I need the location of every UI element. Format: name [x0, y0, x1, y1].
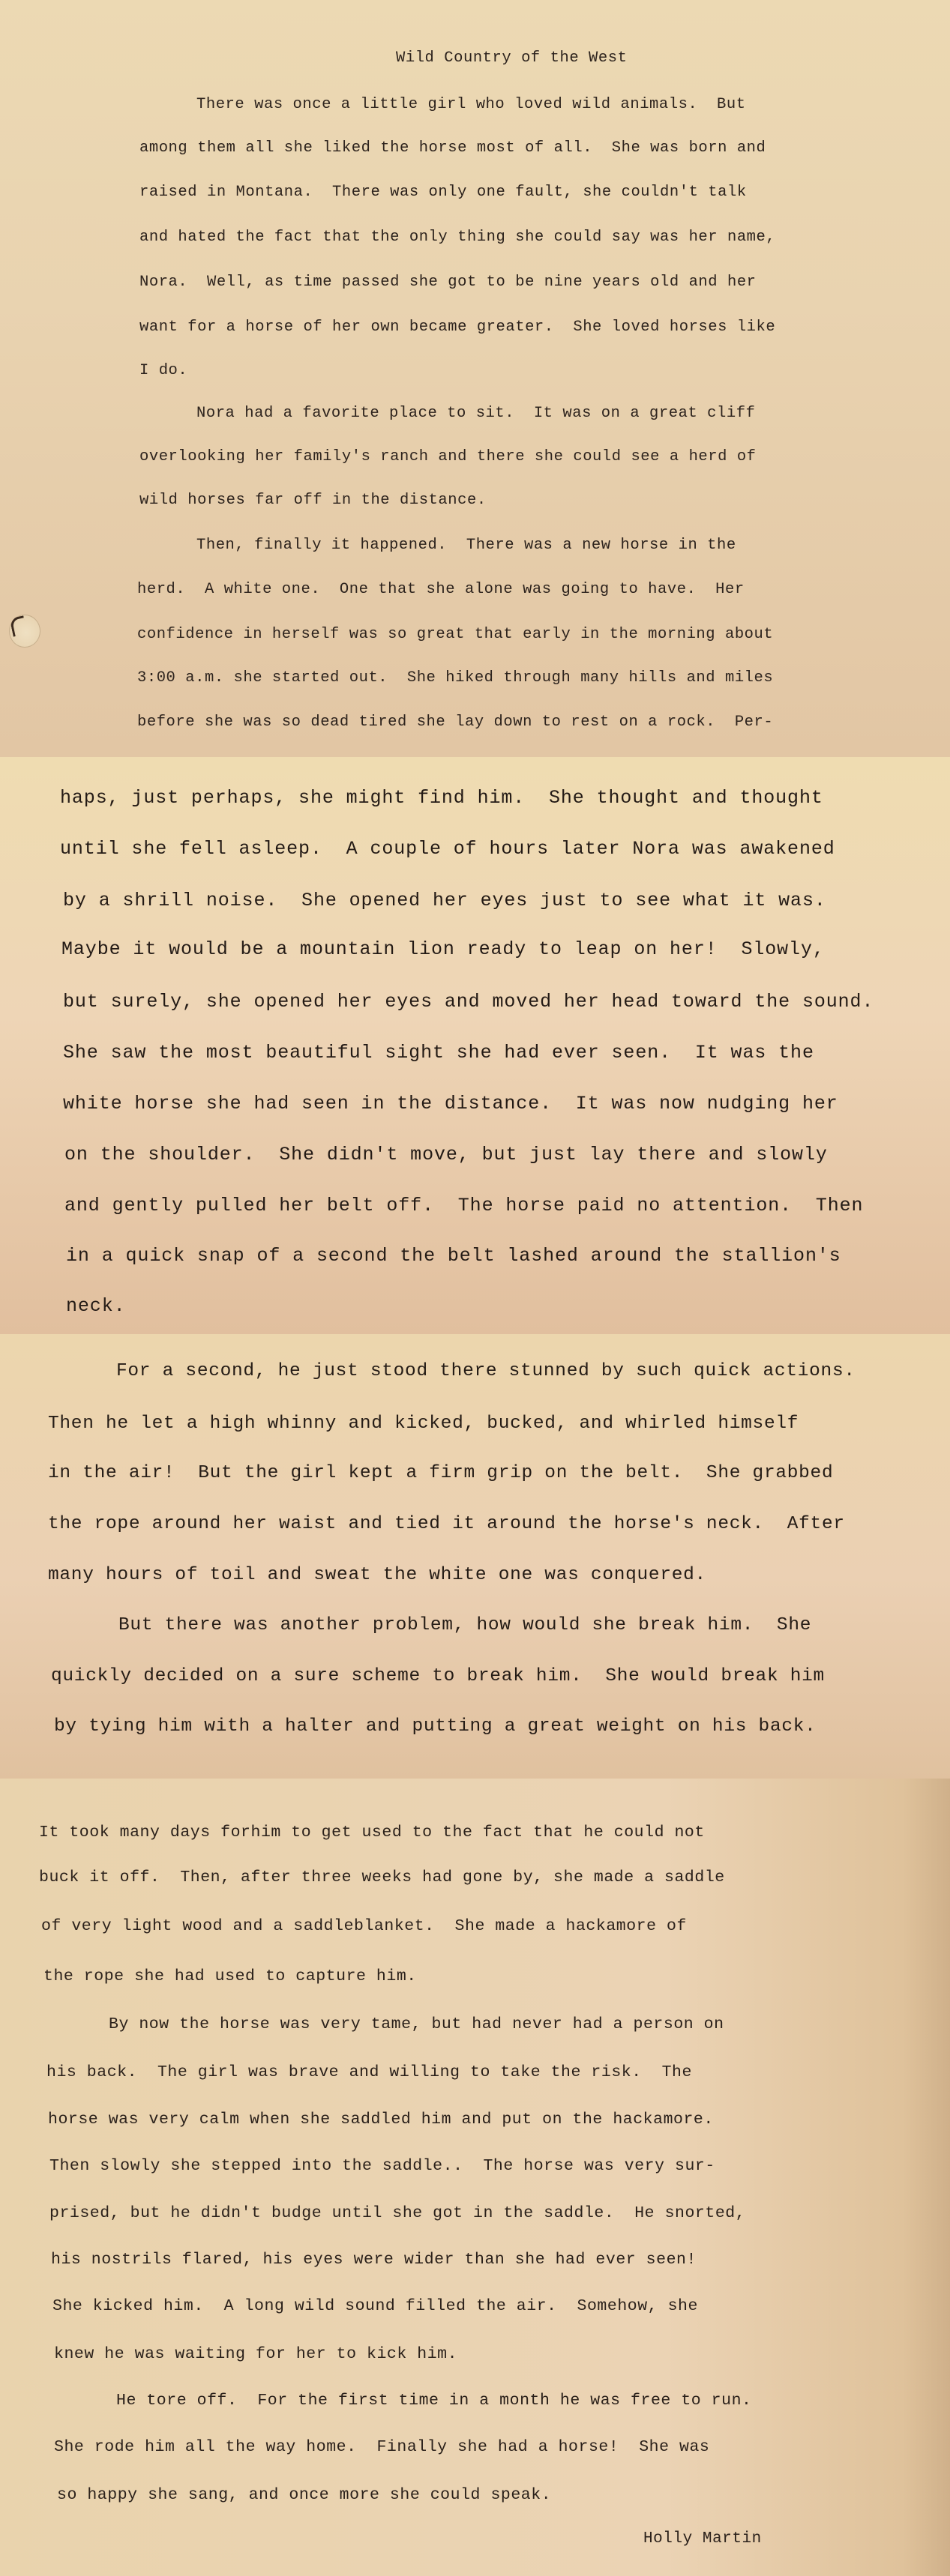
text-line: Nora had a favorite place to sit. It was… — [196, 405, 755, 422]
text-line: By now the horse was very tame, but had … — [109, 2015, 724, 2033]
page-section-1: Wild Country of the West There was once … — [0, 0, 950, 757]
text-line: wild horses far off in the distance. — [139, 492, 487, 509]
text-line: Then he let a high whinny and kicked, bu… — [48, 1414, 799, 1434]
text-line: confidence in herself was so great that … — [137, 626, 773, 643]
text-line: haps, just perhaps, she might find him. … — [60, 787, 823, 809]
text-line: horse was very calm when she saddled him… — [48, 2111, 714, 2129]
text-line: his nostrils flared, his eyes were wider… — [51, 2251, 697, 2269]
text-line: the rope she had used to capture him. — [43, 1967, 417, 1985]
text-line: raised in Montana. There was only one fa… — [139, 184, 747, 201]
text-line: by tying him with a halter and putting a… — [54, 1716, 817, 1737]
text-line: and hated the fact that the only thing s… — [139, 229, 775, 246]
text-line: before she was so dead tired she lay dow… — [137, 714, 773, 731]
text-line: Then slowly she stepped into the saddle.… — [49, 2157, 715, 2175]
text-line: 3:00 a.m. she started out. She hiked thr… — [137, 669, 773, 687]
text-line: There was once a little girl who loved w… — [196, 96, 746, 113]
document-title: Wild Country of the West — [396, 49, 627, 67]
text-line: Then, finally it happened. There was a n… — [196, 537, 736, 554]
text-line: She saw the most beautiful sight she had… — [63, 1042, 814, 1064]
text-line: in the air! But the girl kept a firm gri… — [48, 1463, 833, 1483]
text-line: herd. A white one. One that she alone wa… — [137, 581, 745, 598]
text-line: until she fell asleep. A couple of hours… — [60, 838, 835, 860]
text-line: the rope around her waist and tied it ar… — [48, 1514, 845, 1534]
text-line: and gently pulled her belt off. The hors… — [64, 1195, 863, 1216]
text-line: many hours of toil and sweat the white o… — [48, 1565, 706, 1585]
text-line: of very light wood and a saddleblanket. … — [41, 1917, 687, 1935]
text-line: so happy she sang, and once more she cou… — [57, 2486, 551, 2504]
text-line: white horse she had seen in the distance… — [63, 1093, 838, 1114]
text-line: For a second, he just stood there stunne… — [116, 1361, 856, 1381]
text-line: But there was another problem, how would… — [118, 1615, 811, 1635]
text-line: She rode him all the way home. Finally s… — [54, 2438, 709, 2456]
text-line: buck it off. Then, after three weeks had… — [39, 1868, 725, 1886]
punch-hole-mark — [9, 615, 40, 648]
text-line: on the shoulder. She didn't move, but ju… — [64, 1144, 828, 1165]
page-section-3: For a second, he just stood there stunne… — [0, 1334, 950, 1779]
text-line: by a shrill noise. She opened her eyes j… — [63, 890, 826, 911]
text-line: Maybe it would be a mountain lion ready … — [61, 938, 825, 960]
text-line: He tore off. For the first time in a mon… — [116, 2392, 751, 2410]
page-section-4: It took many days forhim to get used to … — [0, 1779, 950, 2576]
text-line: neck. — [66, 1295, 126, 1317]
text-line: It took many days forhim to get used to … — [39, 1824, 705, 1841]
text-line: his back. The girl was brave and willing… — [46, 2063, 692, 2081]
text-line: in a quick snap of a second the belt las… — [66, 1245, 841, 1267]
text-line: among them all she liked the horse most … — [139, 139, 766, 157]
text-line: but surely, she opened her eyes and move… — [63, 991, 874, 1013]
page-section-2: haps, just perhaps, she might find him. … — [0, 757, 950, 1334]
text-line: knew he was waiting for her to kick him. — [54, 2345, 457, 2363]
text-line: Nora. Well, as time passed she got to be… — [139, 274, 757, 291]
text-line: She kicked him. A long wild sound filled… — [52, 2297, 698, 2315]
text-line: prised, but he didn't budge until she go… — [49, 2204, 745, 2222]
text-line: I do. — [139, 362, 187, 379]
text-line: want for a horse of her own became great… — [139, 319, 775, 336]
text-line: quickly decided on a sure scheme to brea… — [51, 1666, 825, 1686]
author-signature: Holly Martin — [643, 2530, 762, 2548]
text-line: overlooking her family's ranch and there… — [139, 448, 757, 465]
